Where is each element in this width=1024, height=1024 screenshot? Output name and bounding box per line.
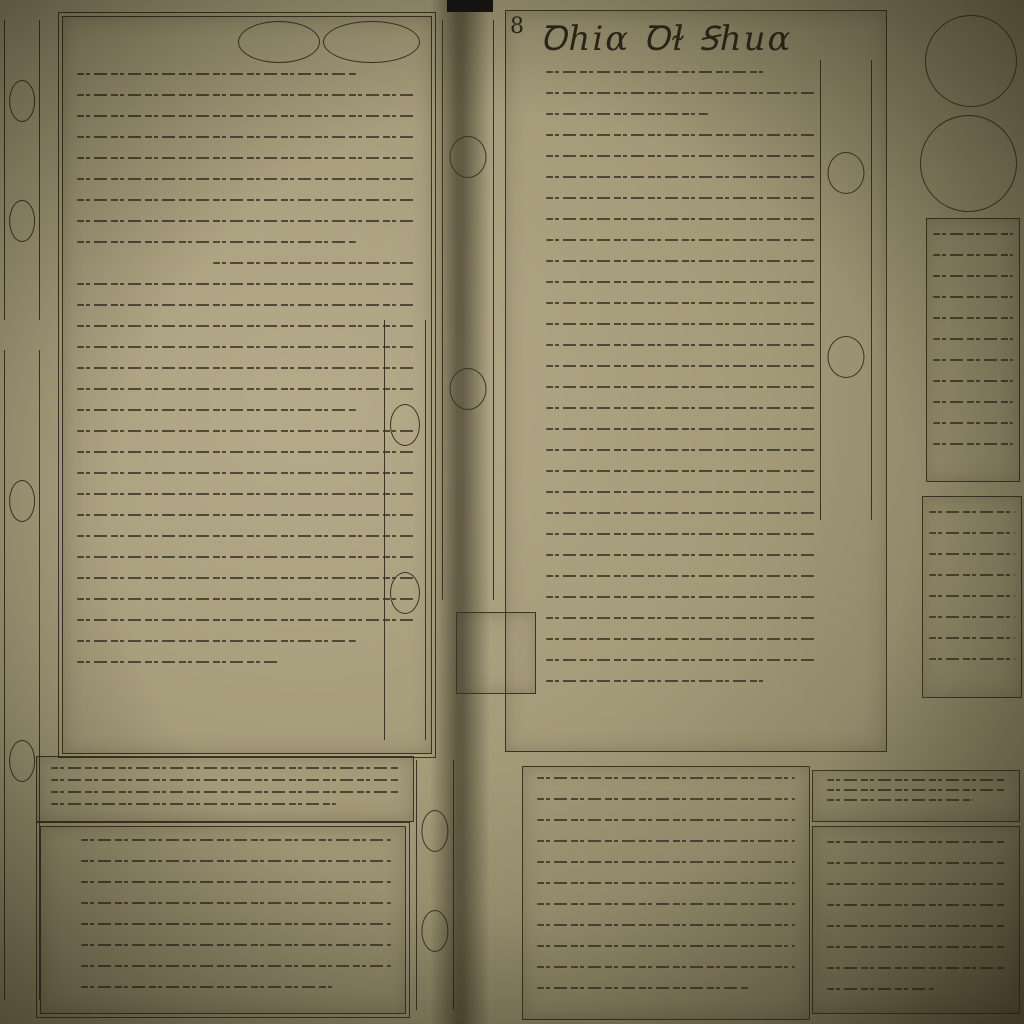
left-main-text-block [62, 16, 432, 754]
spine-tab [447, 0, 493, 12]
right-side-column-text-lower [922, 496, 1022, 698]
right-side-column-text [926, 218, 1020, 482]
manuscript-spread: 8 Ꝺhiɑ Ꝺɫ Ꞩhuɑ [0, 0, 1024, 1024]
beast-ornament-icon [238, 21, 320, 63]
left-margin-ornament [4, 20, 40, 320]
right-gutter-ornament [442, 20, 494, 600]
beast-ornament-icon [323, 21, 420, 63]
right-lower-left-text-block [522, 766, 810, 1020]
left-margin-ornament-lower [4, 350, 40, 1000]
medallion-bottom-icon [920, 115, 1017, 212]
left-bottom-text-block [40, 826, 406, 1014]
right-lower-right-text-block [812, 826, 1020, 1014]
right-lower-right-text-strip [812, 770, 1020, 822]
gutter-ornament [384, 320, 426, 740]
medallion-top-icon [925, 15, 1017, 107]
left-footer-text-strip [36, 756, 414, 822]
right-column-ornament [820, 60, 872, 520]
